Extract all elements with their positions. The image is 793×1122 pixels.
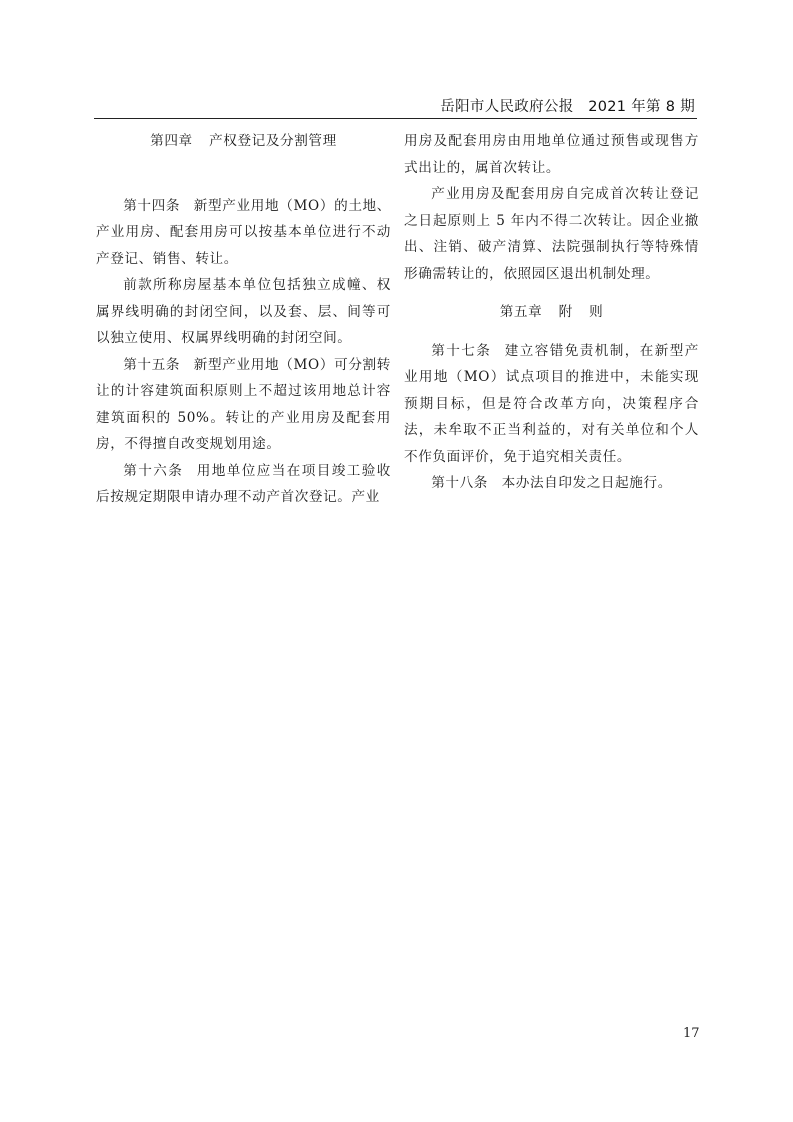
article-18-text: 本办法自印发之日起施行。 bbox=[502, 475, 672, 491]
article-14-label: 第十四条 bbox=[123, 198, 180, 214]
article-14-paragraph-2: 前款所称房屋基本单位包括独立成幢、权属界线明确的封闭空间，以及套、层、间等可以独… bbox=[96, 272, 391, 352]
article-17-label: 第十七条 bbox=[431, 343, 491, 359]
article-14: 第十四条新型产业用地（MO）的土地、产业用房、配套用房可以按基本单位进行不动产登… bbox=[96, 193, 391, 273]
chapter-5-number: 第五章 bbox=[500, 304, 543, 320]
chapter-4-title: 产权登记及分割管理 bbox=[209, 133, 337, 149]
page-header: 岳阳市人民政府公报 2021 年第 8 期 bbox=[94, 94, 697, 119]
issue-number: 2021 年第 8 期 bbox=[588, 99, 695, 115]
chapter-5-title-part-1: 附 bbox=[559, 304, 573, 320]
chapter-5-title-part-2: 则 bbox=[589, 304, 603, 320]
article-18-label: 第十八条 bbox=[431, 475, 488, 491]
article-15: 第十五条新型产业用地（MO）可分割转让的计容建筑面积原则上不超过该用地总计容建筑… bbox=[96, 352, 391, 458]
chapter-4-number: 第四章 bbox=[150, 133, 193, 149]
article-16-continued: 用房及配套用房由用地单位通过预售或现售方式出让的，属首次转让。 bbox=[404, 128, 699, 181]
header-publication-title: 岳阳市人民政府公报 2021 年第 8 期 bbox=[440, 95, 695, 116]
article-16: 第十六条用地单位应当在项目竣工验收后按规定期限申请办理不动产首次登记。产业 bbox=[96, 458, 391, 511]
publication-name: 岳阳市人民政府公报 bbox=[440, 99, 573, 115]
chapter-4-heading: 第四章产权登记及分割管理 bbox=[96, 128, 391, 155]
article-17-text: 建立容错免责机制，在新型产业用地（MO）试点项目的推进中，未能实现预期目标，但是… bbox=[404, 343, 699, 465]
article-17: 第十七条建立容错免责机制，在新型产业用地（MO）试点项目的推进中，未能实现预期目… bbox=[404, 338, 699, 471]
chapter-5-heading: 第五章附则 bbox=[404, 299, 699, 326]
right-column: 用房及配套用房由用地单位通过预售或现售方式出让的，属首次转让。 产业用房及配套用… bbox=[404, 128, 699, 497]
article-18: 第十八条本办法自印发之日起施行。 bbox=[404, 470, 699, 497]
left-column: 第四章产权登记及分割管理 第十四条新型产业用地（MO）的土地、产业用房、配套用房… bbox=[96, 128, 391, 511]
article-16-paragraph-2: 产业用房及配套用房自完成首次转让登记之日起原则上 5 年内不得二次转让。因企业撤… bbox=[404, 181, 699, 287]
article-16-label: 第十六条 bbox=[123, 463, 183, 479]
page-number: 17 bbox=[683, 1026, 700, 1041]
article-15-label: 第十五条 bbox=[123, 357, 180, 373]
